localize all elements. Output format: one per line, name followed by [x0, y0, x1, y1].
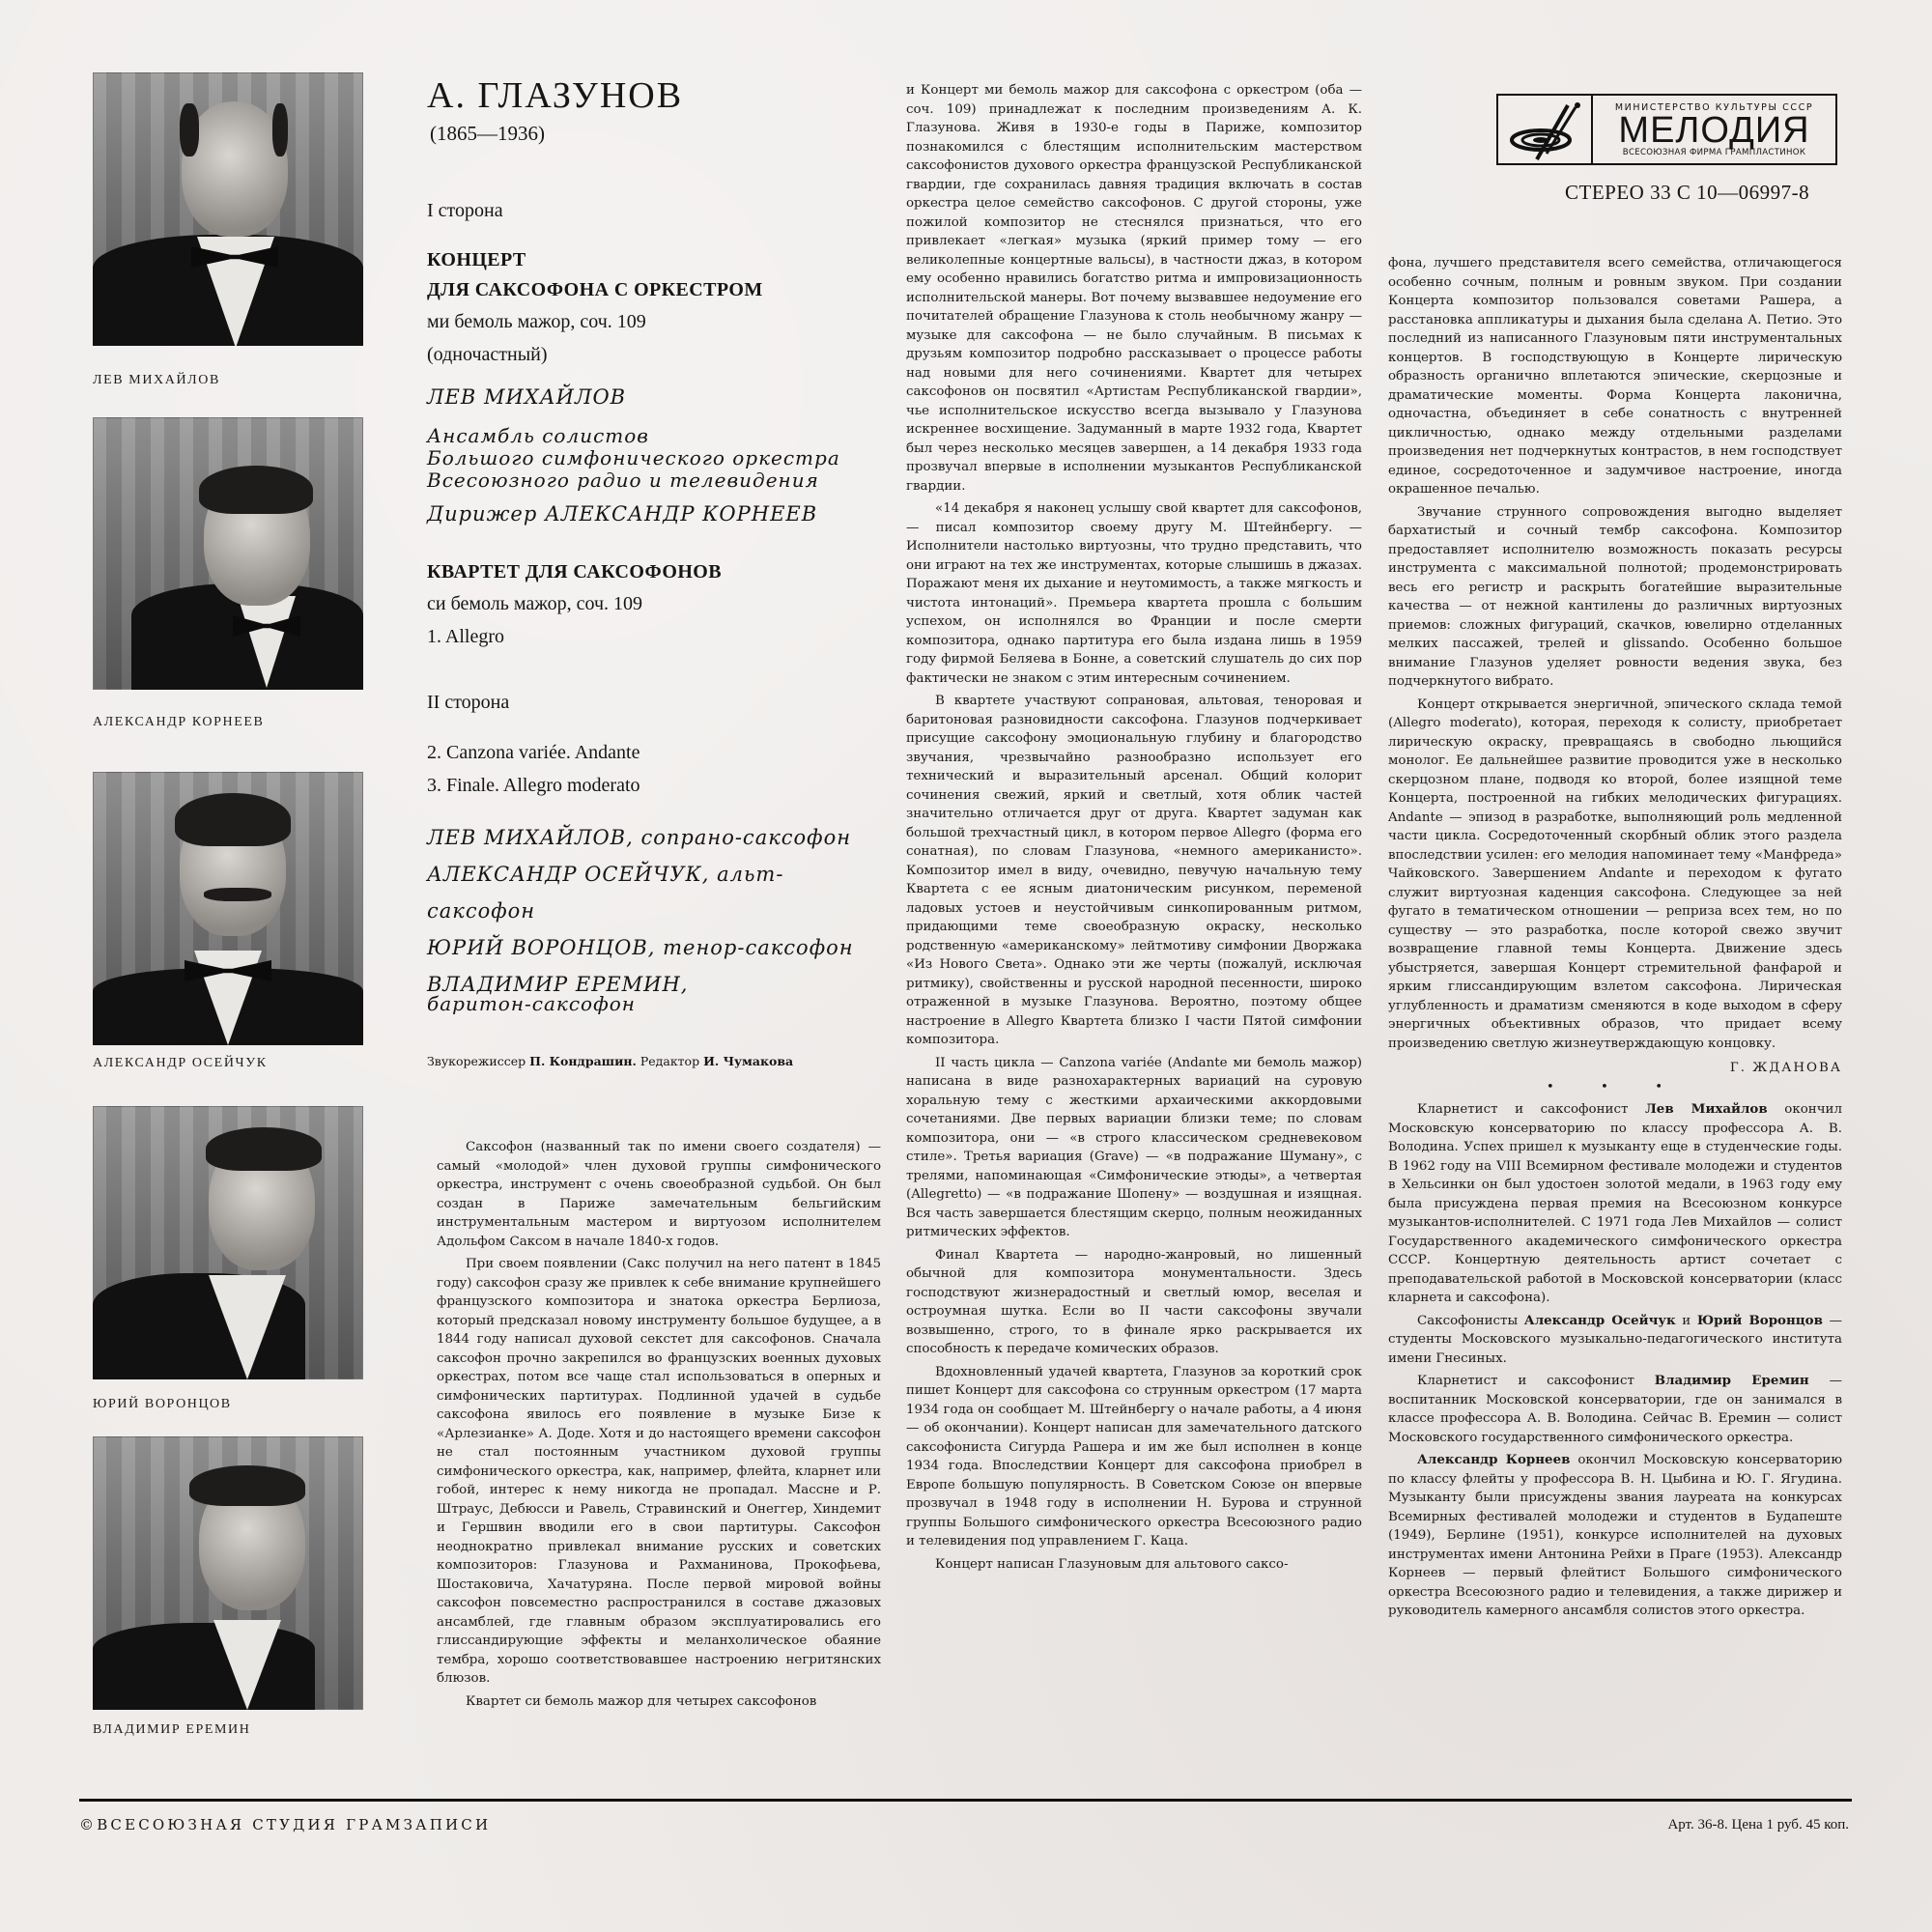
movement: 3. Finale. Allegro moderato	[427, 769, 881, 802]
paragraph: Вдохновленный удачей квартета, Глазунов …	[906, 1363, 1362, 1551]
paragraph: Звучание струнного сопровождения выгодно…	[1388, 503, 1842, 692]
paragraph: Концерт открывается энергичной, эпическо…	[1388, 696, 1842, 1054]
photo-yuri-vorontsov	[93, 1106, 363, 1379]
editor-name: И. Чумакова	[703, 1054, 793, 1068]
logo-company: ВСЕСОЮЗНАЯ ФИРМА ГРАМПЛАСТИНОК	[1623, 148, 1805, 157]
photo-alexander-oseichuk	[93, 772, 363, 1045]
footer-rule	[79, 1799, 1852, 1802]
engineer-name: П. Кондрашин.	[529, 1054, 637, 1068]
movement: 1. Allegro	[427, 620, 881, 653]
engineer-label: Звукорежиссер	[427, 1054, 526, 1068]
photo-caption: ВЛАДИМИР ЕРЕМИН	[93, 1722, 250, 1738]
bio-paragraph: Александр Корнеев окончил Московскую кон…	[1388, 1451, 1842, 1621]
work-title: КОНЦЕРТ	[427, 245, 881, 275]
composer-name: А. ГЛАЗУНОВ	[427, 75, 881, 116]
catalog-number: СТЕРЕО 33 С 10—06997-8	[1565, 181, 1809, 205]
soloist: ЛЕВ МИХАЙЛОВ	[427, 379, 881, 415]
work2-title: КВАРТЕТ ДЛЯ САКСОФОНОВ	[427, 557, 881, 587]
copyright-studio: ©ВСЕСОЮЗНАЯ СТУДИЯ ГРАМЗАПИСИ	[79, 1816, 491, 1833]
editor-label: Редактор	[640, 1054, 699, 1068]
work2-key: си бемоль мажор, соч. 109	[427, 587, 881, 620]
work-title: ДЛЯ САКСОФОНА С ОРКЕСТРОМ	[427, 275, 881, 305]
conductor: Дирижер АЛЕКСАНДР КОРНЕЕВ	[427, 496, 881, 532]
work-key: ми бемоль мажор, соч. 109	[427, 305, 881, 338]
photo-caption: АЛЕКСАНДР КОРНЕЕВ	[93, 715, 264, 730]
paragraph: Квартет си бемоль мажор для четырех сакс…	[437, 1692, 881, 1712]
performer: ЮРИЙ ВОРОНЦОВ, тенор-саксофон	[427, 929, 881, 966]
photo-lev-mikhailov	[93, 72, 363, 346]
paragraph: и Концерт ми бемоль мажор для саксофона …	[906, 81, 1362, 496]
work-form: (одночастный)	[427, 338, 881, 371]
ensemble-line: Ансамбль солистов	[427, 425, 881, 447]
author-signature: Г. ЖДАНОВА	[1388, 1059, 1842, 1078]
performer: АЛЕКСАНДР ОСЕЙЧУК, альт-саксофон	[427, 856, 881, 929]
article-column-2: и Концерт ми бемоль мажор для саксофона …	[906, 81, 1362, 1574]
bio-paragraph: Саксофонисты Александр Осейчук и Юрий Во…	[1388, 1312, 1842, 1369]
article-column-1: Саксофон (названный так по имени своего …	[437, 1138, 881, 1711]
section-separator: • • •	[1388, 1078, 1842, 1097]
bio-paragraph: Кларнетист и саксофонист Лев Михайлов ок…	[1388, 1100, 1842, 1308]
tracklist-column: А. ГЛАЗУНОВ (1865—1936) I сторона КОНЦЕР…	[427, 75, 881, 1068]
performer: ЛЕВ МИХАЙЛОВ, сопрано-саксофон	[427, 819, 881, 856]
side-1-label: I сторона	[427, 200, 881, 222]
melodiya-logo: МИНИСТЕРСТВО КУЛЬТУРЫ СССР МЕЛОДИЯ ВСЕСО…	[1496, 94, 1837, 165]
photo-vladimir-eremin	[93, 1436, 363, 1710]
record-note-icon	[1498, 96, 1593, 163]
paragraph: «14 декабря я наконец услышу свой кварте…	[906, 499, 1362, 688]
photo-caption: ЛЕВ МИХАЙЛОВ	[93, 373, 220, 388]
article-column-3: фона, лучшего представителя всего семейс…	[1388, 254, 1842, 1621]
paragraph: Саксофон (названный так по имени своего …	[437, 1138, 881, 1251]
ensemble-line: Большого симфонического оркестра	[427, 447, 881, 469]
side-2-label: II сторона	[427, 686, 881, 719]
composer-dates: (1865—1936)	[430, 122, 881, 146]
paragraph: В квартете участвуют сопрановая, альтова…	[906, 692, 1362, 1050]
photo-alexander-korneev	[93, 417, 363, 690]
paragraph: При своем появлении (Сакс получил на нег…	[437, 1255, 881, 1689]
bio-paragraph: Кларнетист и саксофонист Владимир Еремин…	[1388, 1372, 1842, 1447]
movement: 2. Canzona variée. Andante	[427, 736, 881, 769]
paragraph: фона, лучшего представителя всего семейс…	[1388, 254, 1842, 499]
photo-caption: АЛЕКСАНДР ОСЕЙЧУК	[93, 1056, 268, 1071]
ensemble-line: Всесоюзного радио и телевидения	[427, 469, 881, 492]
photo-caption: ЮРИЙ ВОРОНЦОВ	[93, 1397, 232, 1412]
paragraph: II часть цикла — Canzona variée (Andante…	[906, 1054, 1362, 1242]
logo-name: МЕЛОДИЯ	[1618, 113, 1809, 148]
production-credits: Звукорежиссер П. Кондрашин. Редактор И. …	[427, 1054, 881, 1068]
paragraph: Концерт написан Глазуновым для альтового…	[906, 1555, 1362, 1575]
price-article: Арт. 36-8. Цена 1 руб. 45 коп.	[1667, 1817, 1849, 1833]
paragraph: Финал Квартета — народно-жанровый, но ли…	[906, 1246, 1362, 1359]
